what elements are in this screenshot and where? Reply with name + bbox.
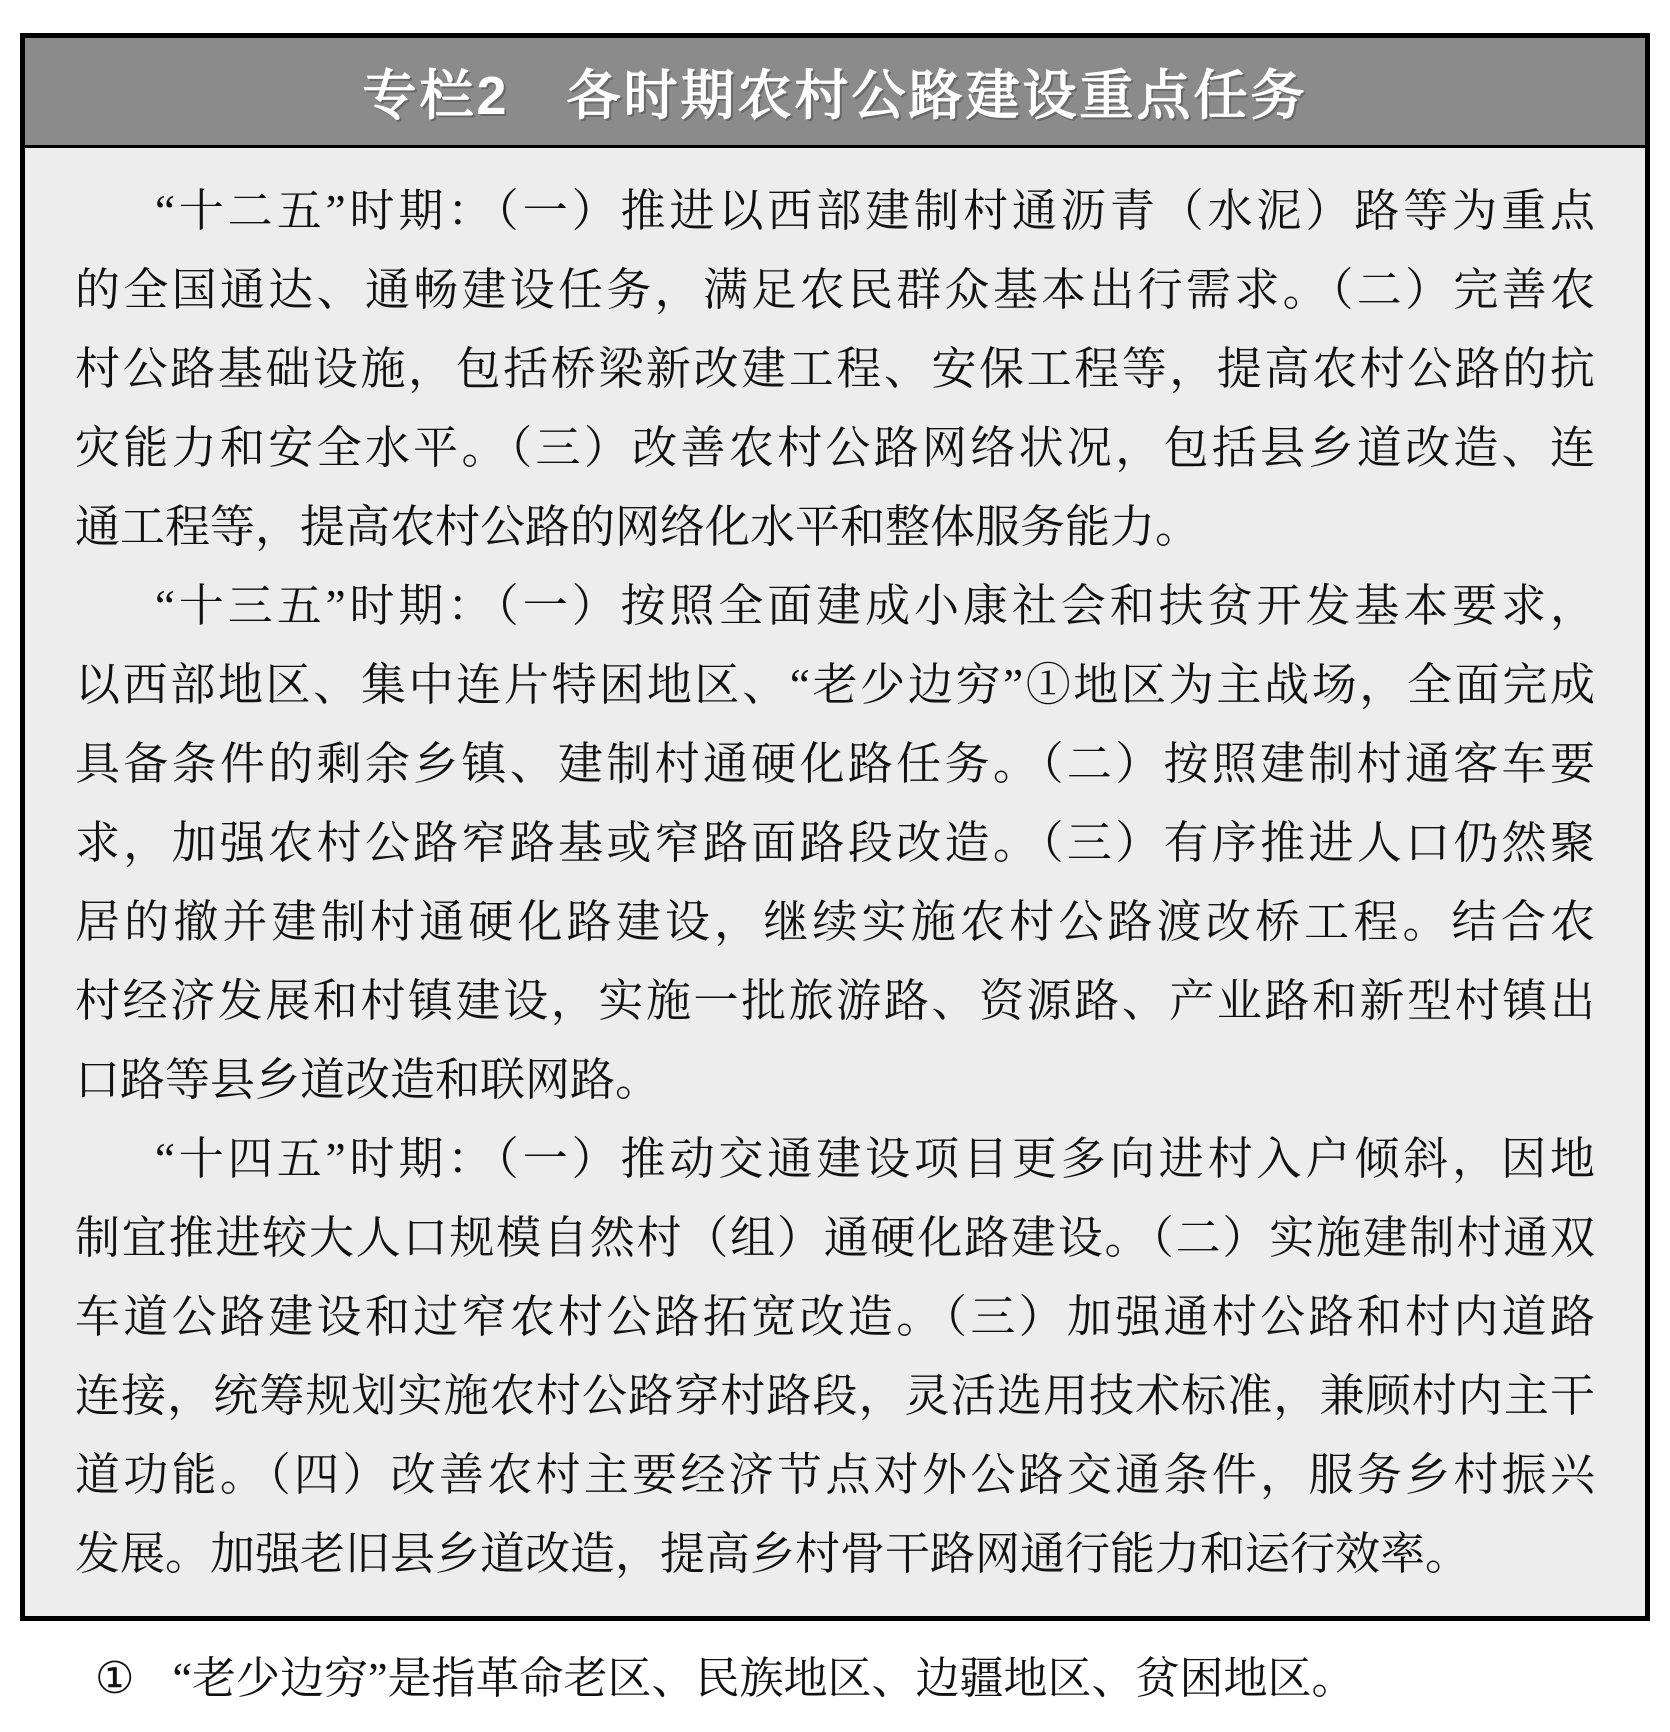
box-title: 专栏2 各时期农村公路建设重点任务 <box>362 53 1307 130</box>
text-line-period-12th-five-year: “十二五”时期：（一）推进以西部建制村通沥青（水泥）路等为重点 <box>75 172 1595 251</box>
text-line-period-12th-five-year: 村公路基础设施，包括桥梁新改建工程、安保工程等，提高农村公路的抗 <box>75 330 1595 409</box>
footnote: ① “老少边穷”是指革命老区、民族地区、边疆地区、贫困地区。 <box>95 1648 1640 1710</box>
text-line-period-13th-five-year: 居的撤并建制村通硬化路建设，继续实施农村公路渡改桥工程。结合农 <box>75 883 1595 962</box>
footnote-marker: ① <box>95 1648 134 1710</box>
text-line-period-14th-five-year: 制宜推进较大人口规模自然村（组）通硬化路建设。（二）实施建制村通双 <box>75 1199 1595 1278</box>
footnote-text: “老少边穷”是指革命老区、民族地区、边疆地区、贫困地区。 <box>172 1648 1640 1710</box>
text-line-period-12th-five-year: 通工程等，提高农村公路的网络化水平和整体服务能力。 <box>75 488 1595 567</box>
text-line-period-14th-five-year: 道功能。（四）改善农村主要经济节点对外公路交通条件，服务乡村振兴 <box>75 1436 1595 1515</box>
text-line-period-13th-five-year: 具备条件的剩余乡镇、建制村通硬化路任务。（二）按照建制村通客车要 <box>75 725 1595 804</box>
text-line-period-14th-five-year: 车道公路建设和过窄农村公路拓宽改造。（三）加强通村公路和村内道路 <box>75 1278 1595 1357</box>
text-line-period-14th-five-year: 连接，统筹规划实施农村公路穿村路段，灵活选用技术标准，兼顾村内主干 <box>75 1357 1595 1436</box>
box-body: “十二五”时期：（一）推进以西部建制村通沥青（水泥）路等为重点的全国通达、通畅建… <box>25 148 1645 1616</box>
box-header: 专栏2 各时期农村公路建设重点任务 <box>25 38 1645 148</box>
text-line-period-12th-five-year: 的全国通达、通畅建设任务，满足农民群众基本出行需求。（二）完善农 <box>75 251 1595 330</box>
page: 专栏2 各时期农村公路建设重点任务 “十二五”时期：（一）推进以西部建制村通沥青… <box>0 0 1670 1732</box>
text-line-period-14th-five-year: 发展。加强老旧县乡道改造，提高乡村骨干路网通行能力和运行效率。 <box>75 1515 1595 1594</box>
text-line-period-13th-five-year: 村经济发展和村镇建设，实施一批旅游路、资源路、产业路和新型村镇出 <box>75 962 1595 1041</box>
callout-box: 专栏2 各时期农村公路建设重点任务 “十二五”时期：（一）推进以西部建制村通沥青… <box>20 33 1650 1621</box>
text-line-period-13th-five-year: 口路等县乡道改造和联网路。 <box>75 1041 1595 1120</box>
text-line-period-13th-five-year: 求，加强农村公路窄路基或窄路面路段改造。（三）有序推进人口仍然聚 <box>75 804 1595 883</box>
text-line-period-12th-five-year: 灾能力和安全水平。（三）改善农村公路网络状况，包括县乡道改造、连 <box>75 409 1595 488</box>
text-line-period-13th-five-year: “十三五”时期：（一）按照全面建成小康社会和扶贫开发基本要求， <box>75 567 1595 646</box>
text-line-period-13th-five-year: 以西部地区、集中连片特困地区、“老少边穷”①地区为主战场，全面完成 <box>75 646 1595 725</box>
text-line-period-14th-five-year: “十四五”时期：（一）推动交通建设项目更多向进村入户倾斜，因地 <box>75 1120 1595 1199</box>
